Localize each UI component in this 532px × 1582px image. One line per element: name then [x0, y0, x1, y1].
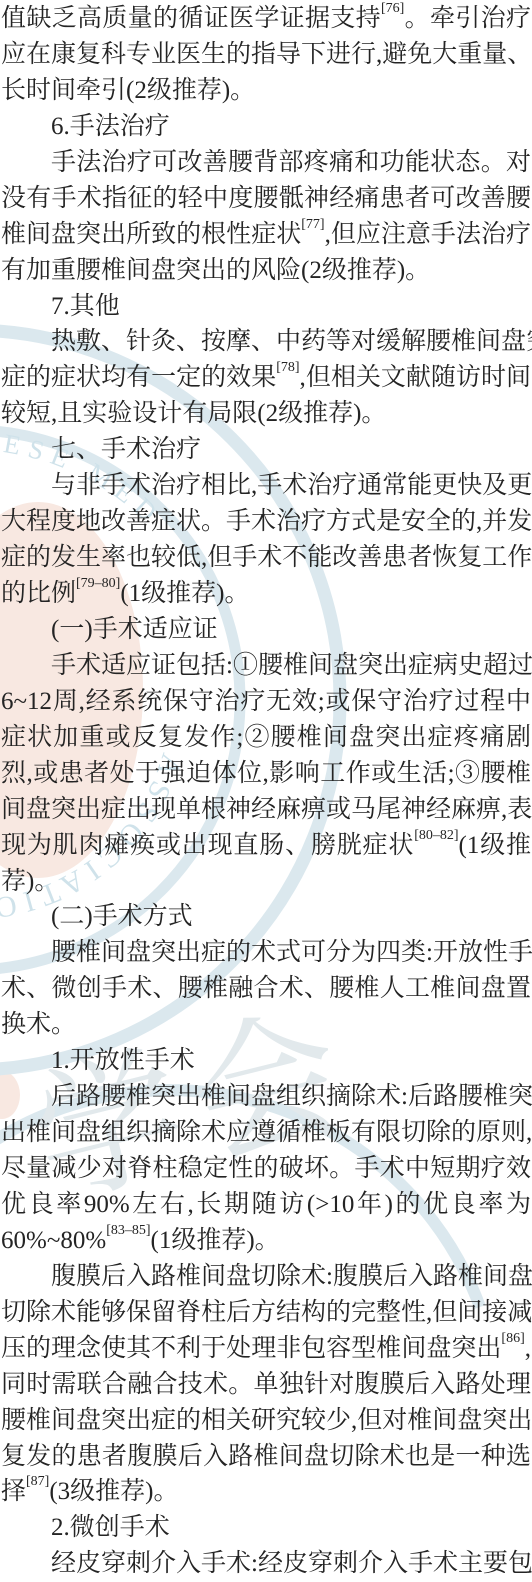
- text-line: 症状加重或反复发作;②腰椎间盘突出症疼痛剧: [1, 720, 531, 756]
- reference-superscript: [80–82]: [414, 829, 458, 843]
- text-run: 压的理念使其不利于处理非包容型椎间盘突出: [1, 1335, 501, 1362]
- text-line: 症的发生率也较低,但手术不能改善患者恢复工作: [1, 540, 531, 576]
- text-run: 腹膜后入路椎间盘切除术:腹膜后入路椎间盘: [51, 1263, 532, 1290]
- text-line: 6~12周,经系统保守治疗无效;或保守治疗过程中: [1, 684, 531, 720]
- text-run: 症的症状均有一定的效果: [1, 364, 276, 391]
- text-line: 手法治疗可改善腰背部疼痛和功能状态。对: [1, 145, 531, 181]
- reference-superscript: [83–85]: [106, 1224, 150, 1238]
- text-run: 长时间牵引(2级推荐)。: [1, 77, 255, 104]
- text-run: ,: [525, 1335, 531, 1362]
- reference-superscript: [78]: [276, 361, 299, 375]
- text-line: 现为肌肉瘫痪或出现直肠、膀胱症状[80–82](1级推: [1, 828, 531, 864]
- text-run: 后路腰椎突出椎间盘组织摘除术:后路腰椎突: [51, 1083, 532, 1110]
- text-run: (二)手术方式: [51, 903, 193, 930]
- text-line: 经皮穿刺介入手术:经皮穿刺介入手术主要包: [1, 1546, 531, 1582]
- text-run: 荐)。: [1, 868, 59, 895]
- text-run: 1.开放性手术: [51, 1047, 195, 1074]
- text-run: 择: [1, 1478, 26, 1505]
- heading-line: 2.微创手术: [1, 1510, 531, 1546]
- text-run: 6~12周,经系统保守治疗无效;或保守治疗过程中: [1, 688, 531, 715]
- text-line: 椎间盘突出所致的根性症状[77],但应注意手法治疗: [1, 217, 531, 253]
- text-run: 较短,且实验设计有局限(2级推荐)。: [1, 400, 386, 427]
- text-run: 症状加重或反复发作;②腰椎间盘突出症疼痛剧: [1, 724, 531, 751]
- text-run: 间盘突出症出现单根神经麻痹或马尾神经麻痹,表: [1, 796, 532, 823]
- reference-superscript: [76]: [381, 2, 404, 16]
- article-text-column: 值缺乏高质量的循证医学证据支持[76]。牵引治疗应在康复科专业医生的指导下进行,…: [0, 0, 532, 1582]
- reference-superscript: [77]: [301, 218, 324, 232]
- heading-line: 7.其他: [1, 289, 531, 325]
- text-line: 应在康复科专业医生的指导下进行,避免大重量、: [1, 37, 531, 73]
- text-line: 值缺乏高质量的循证医学证据支持[76]。牵引治疗: [1, 1, 531, 37]
- text-run: 热敷、针灸、按摩、中药等对缓解腰椎间盘突出: [51, 328, 532, 355]
- text-run: 复发的患者腹膜后入路椎间盘切除术也是一种选: [1, 1443, 531, 1470]
- heading-line: (一)手术适应证: [1, 612, 531, 648]
- text-run: 症的发生率也较低,但手术不能改善患者恢复工作: [1, 544, 532, 571]
- text-line: 没有手术指征的轻中度腰骶神经痛患者可改善腰: [1, 181, 531, 217]
- text-run: 同时需联合融合技术。单独针对腹膜后入路处理: [1, 1371, 531, 1398]
- text-run: 与非手术治疗相比,手术治疗通常能更快及更: [51, 472, 532, 499]
- text-line: 腹膜后入路椎间盘切除术:腹膜后入路椎间盘: [1, 1259, 531, 1295]
- text-line: 出椎间盘组织摘除术应遵循椎板有限切除的原则,: [1, 1115, 531, 1151]
- text-line: 术、微创手术、腰椎融合术、腰椎人工椎间盘置: [1, 971, 531, 1007]
- text-line: 荐)。: [1, 864, 531, 900]
- text-line: 优良率90%左右,长期随访(>10年)的优良率为: [1, 1187, 531, 1223]
- text-run: 腰椎间盘突出症的术式可分为四类:开放性手: [51, 939, 532, 966]
- text-line: 切除术能够保留脊柱后方结构的完整性,但间接减: [1, 1295, 531, 1331]
- text-run: 尽量减少对脊柱稳定性的破坏。手术中短期疗效: [1, 1155, 531, 1182]
- text-line: 腰椎间盘突出症的相关研究较少,但对椎间盘突出: [1, 1403, 531, 1439]
- text-line: 后路腰椎突出椎间盘组织摘除术:后路腰椎突: [1, 1079, 531, 1115]
- text-run: 7.其他: [51, 293, 120, 320]
- text-line: 腰椎间盘突出症的术式可分为四类:开放性手: [1, 935, 531, 971]
- text-line: 手术适应证包括:①腰椎间盘突出症病史超过: [1, 648, 531, 684]
- text-run: (1级推荐)。: [151, 1227, 280, 1254]
- text-run: (3级推荐)。: [49, 1478, 178, 1505]
- text-run: 切除术能够保留脊柱后方结构的完整性,但间接减: [1, 1299, 532, 1326]
- text-line: 与非手术治疗相比,手术治疗通常能更快及更: [1, 468, 531, 504]
- text-line: 症的症状均有一定的效果[78],但相关文献随访时间: [1, 360, 531, 396]
- reference-superscript: [87]: [26, 1475, 49, 1489]
- heading-line: 6.手法治疗: [1, 109, 531, 145]
- text-run: 椎间盘突出所致的根性症状: [1, 221, 301, 248]
- text-run: (1级推荐)。: [120, 580, 249, 607]
- text-line: 较短,且实验设计有局限(2级推荐)。: [1, 396, 531, 432]
- text-run: (1级推: [459, 832, 531, 859]
- text-run: 经皮穿刺介入手术:经皮穿刺介入手术主要包: [51, 1550, 532, 1577]
- text-run: 没有手术指征的轻中度腰骶神经痛患者可改善腰: [1, 185, 531, 212]
- text-line: 大程度地改善症状。手术治疗方式是安全的,并发: [1, 504, 531, 540]
- text-run: 大程度地改善症状。手术治疗方式是安全的,并发: [1, 508, 532, 535]
- text-line: 的比例[79–80](1级推荐)。: [1, 576, 531, 612]
- heading-line: 1.开放性手术: [1, 1043, 531, 1079]
- text-run: 60%~80%: [1, 1227, 106, 1254]
- text-run: 2.微创手术: [51, 1514, 170, 1541]
- text-run: (一)手术适应证: [51, 616, 218, 643]
- text-run: 七、手术治疗: [51, 436, 201, 463]
- text-run: ,但相关文献随访时间: [300, 364, 531, 391]
- reference-superscript: [79–80]: [76, 577, 120, 591]
- text-line: 间盘突出症出现单根神经麻痹或马尾神经麻痹,表: [1, 792, 531, 828]
- text-run: 术、微创手术、腰椎融合术、腰椎人工椎间盘置: [1, 975, 531, 1002]
- heading-line: (二)手术方式: [1, 899, 531, 935]
- text-line: 长时间牵引(2级推荐)。: [1, 73, 531, 109]
- text-line: 60%~80%[83–85](1级推荐)。: [1, 1223, 531, 1259]
- text-run: 6.手法治疗: [51, 113, 170, 140]
- text-line: 择[87](3级推荐)。: [1, 1474, 531, 1510]
- text-run: 值缺乏高质量的循证医学证据支持: [1, 5, 381, 32]
- text-run: 现为肌肉瘫痪或出现直肠、膀胱症状: [1, 832, 414, 859]
- text-run: 。牵引治疗: [404, 5, 531, 32]
- text-run: 有加重腰椎间盘突出的风险(2级推荐)。: [1, 257, 430, 284]
- document-page: CHINESE MEDICAL ASSOCIATION 学会 值缺乏高质量的循证…: [0, 0, 532, 1582]
- text-run: 手法治疗可改善腰背部疼痛和功能状态。对: [51, 149, 531, 176]
- text-run: 手术适应证包括:①腰椎间盘突出症病史超过: [51, 652, 532, 679]
- text-run: 出椎间盘组织摘除术应遵循椎板有限切除的原则,: [1, 1119, 532, 1146]
- text-line: 同时需联合融合技术。单独针对腹膜后入路处理: [1, 1367, 531, 1403]
- text-line: 换术。: [1, 1007, 531, 1043]
- reference-superscript: [86]: [501, 1332, 524, 1346]
- text-line: 压的理念使其不利于处理非包容型椎间盘突出[86],: [1, 1331, 531, 1367]
- text-run: 应在康复科专业医生的指导下进行,避免大重量、: [1, 41, 532, 68]
- text-run: 烈,或患者处于强迫体位,影响工作或生活;③腰椎: [1, 760, 531, 787]
- text-run: 换术。: [1, 1011, 76, 1038]
- text-line: 热敷、针灸、按摩、中药等对缓解腰椎间盘突出: [1, 324, 531, 360]
- text-run: 的比例: [1, 580, 76, 607]
- text-run: 优良率90%左右,长期随访(>10年)的优良率为: [1, 1191, 531, 1218]
- text-run: 腰椎间盘突出症的相关研究较少,但对椎间盘突出: [1, 1407, 532, 1434]
- text-line: 复发的患者腹膜后入路椎间盘切除术也是一种选: [1, 1439, 531, 1475]
- text-line: 尽量减少对脊柱稳定性的破坏。手术中短期疗效: [1, 1151, 531, 1187]
- text-run: ,但应注意手法治疗: [325, 221, 531, 248]
- heading-line: 七、手术治疗: [1, 432, 531, 468]
- text-line: 烈,或患者处于强迫体位,影响工作或生活;③腰椎: [1, 756, 531, 792]
- text-line: 有加重腰椎间盘突出的风险(2级推荐)。: [1, 253, 531, 289]
